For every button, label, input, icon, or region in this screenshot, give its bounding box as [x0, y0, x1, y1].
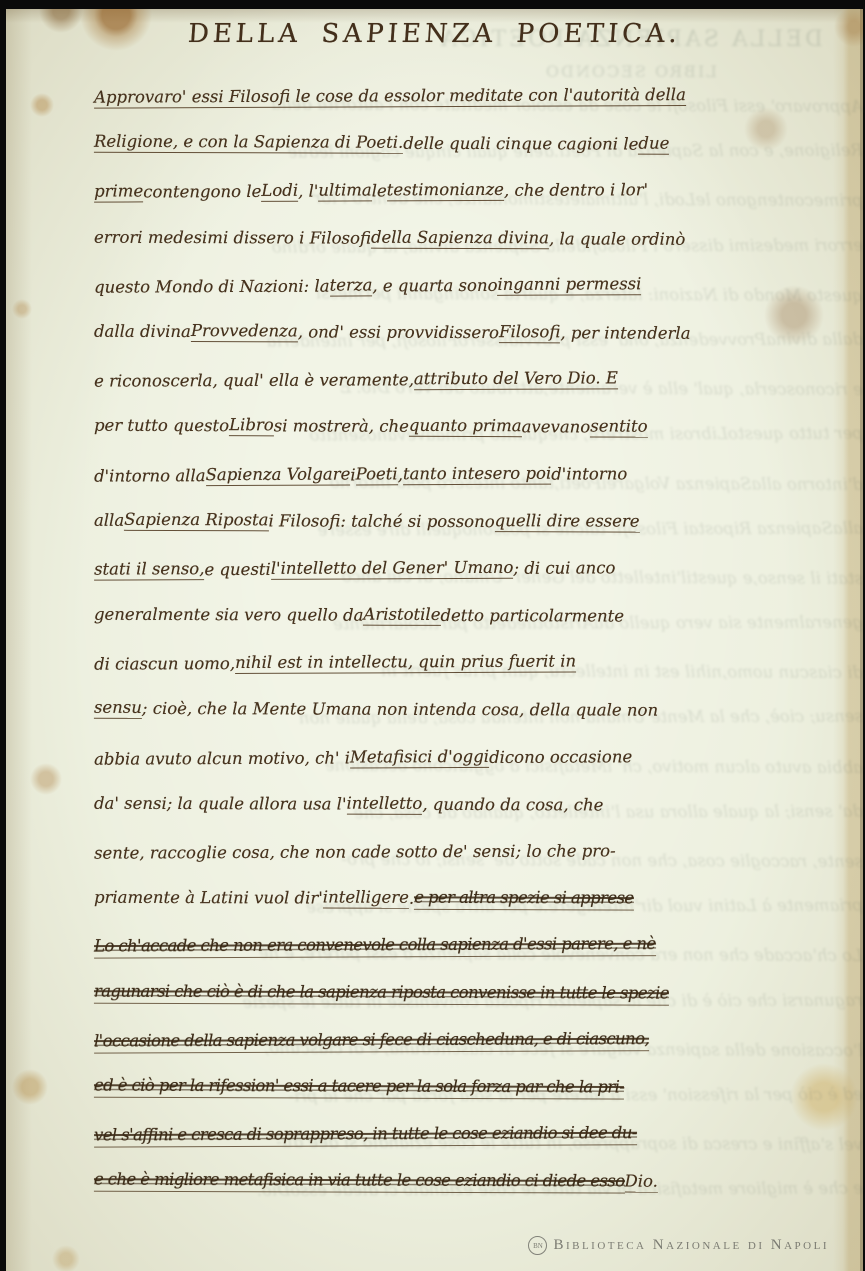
manuscript-segment: , per intenderla — [560, 323, 690, 344]
manuscript-segment: alla — [833, 518, 863, 539]
manuscript-line: Religione, e con la Sapienza di Poeti. d… — [94, 107, 835, 157]
manuscript-segment: quelli dire essere — [495, 511, 640, 533]
manuscript-segment: Poeti — [356, 464, 398, 485]
manuscript-line: alla Sapienza Riposta i Filosofi: talché… — [94, 484, 835, 534]
manuscript-segment: generalmente sia vero quello da — [94, 605, 364, 627]
manuscript-segment: ultima — [318, 181, 371, 202]
manuscript-segment: d'intorno — [551, 464, 627, 485]
manuscript-line: di ciascun uomo, nihil est in intellectu… — [94, 626, 835, 676]
manuscript-segment: nihil est in intellectu, quin prius fuer… — [235, 652, 576, 674]
manuscript-segment: Filosofi — [499, 322, 560, 343]
manuscript-segment: Libro — [229, 416, 274, 437]
library-stamp: BN Biblioteca Nazionale di Napoli — [528, 1236, 829, 1255]
manuscript-segment: due — [638, 134, 669, 155]
manuscript-line: questo Mondo di Nazioni: la terza, e qua… — [94, 248, 835, 298]
manuscript-segment: Metafisici d'oggi — [350, 747, 489, 769]
manuscript-line: per tutto questo Libro si mostrerà, che … — [94, 390, 835, 440]
manuscript-segment: priamente à Latini vuol dir' — [94, 888, 323, 910]
manuscript-segment: i Filosofi: talché si possono — [268, 511, 494, 533]
manuscript-segment: della Sapienza divina — [371, 227, 549, 249]
manuscript-segment: l'occasione della sapienza volgare si fe… — [94, 1029, 649, 1053]
manuscript-segment: , l' — [298, 182, 318, 203]
manuscript-segment: tanto intesero poi — [403, 463, 551, 485]
manuscript-segment: Provvedenza — [191, 321, 298, 342]
manuscript-line: da' sensi; la quale allora usa l' intell… — [94, 768, 835, 818]
manuscript-segment: , la quale ordinò — [549, 229, 685, 250]
manuscript-segment: per tutto questo — [94, 416, 229, 437]
manuscript-segment: Sapienza Volgare — [206, 464, 351, 486]
manuscript-segment: , ond' essi provvidissero — [298, 323, 499, 345]
manuscript-segment: avevano — [522, 418, 591, 439]
manuscript-scan: { "page": { "title": "DELLA SAPIENZA POE… — [0, 0, 865, 1271]
manuscript-segment: Aristotile — [363, 605, 440, 626]
manuscript-line: abbia avuto alcun motivo, ch' i Metafisi… — [94, 720, 835, 770]
manuscript-segment: ; cioè, che la Mente Umana non intenda c… — [142, 699, 658, 722]
manuscript-segment: attributo del Vero Dio. E — [414, 369, 618, 391]
manuscript-segment: , e quarta sono — [372, 276, 497, 298]
manuscript-segment: , quando da cosa, che — [422, 795, 603, 817]
manuscript-line: Lo ch'accade che non era convenevole col… — [94, 909, 835, 959]
manuscript-segment: delle quali cinque cagioni le — [403, 134, 638, 156]
manuscript-segment: contengono le — [143, 182, 261, 204]
manuscript-segment: Sapienza Riposta — [124, 510, 268, 532]
manuscript-line: generalmente sia vero quello da Aristoti… — [94, 579, 835, 629]
manuscript-segment: , che dentro i lor' — [504, 181, 648, 203]
page-title: DELLA SAPIENZA POETICA. — [5, 19, 864, 49]
manuscript-line: vel s'affini e cresca di soprappreso, in… — [94, 1098, 835, 1148]
manuscript-segment: dalla divina — [94, 322, 191, 343]
manuscript-segment: sensu — [94, 698, 142, 719]
library-monogram-icon: BN — [528, 1236, 547, 1255]
manuscript-segment: sentito — [590, 417, 647, 438]
manuscript-segment: l'intelletto del Gener' Umano — [271, 558, 514, 580]
manuscript-segment: si mostrerà, che — [274, 417, 409, 438]
manuscript-line: ragunarsi che ciò è di che la sapienza r… — [94, 956, 835, 1006]
manuscript-segment: terza — [330, 275, 373, 296]
manuscript-line: d'intorno alla Sapienza Volgare i Poeti,… — [94, 437, 835, 487]
manuscript-page: DELLA SAPIENZA POETICA LIBRO SECONDO App… — [6, 9, 863, 1271]
manuscript-segment: errori medesimi dissero i Filosofi — [94, 227, 371, 249]
manuscript-line: sensu; cioè, che la Mente Umana non inte… — [94, 673, 835, 723]
manuscript-segment: ed è ciò per la rifession' essi a tacere… — [94, 1076, 624, 1100]
manuscript-segment: alla — [94, 511, 124, 532]
manuscript-segment: inganni permessi — [497, 274, 641, 296]
manuscript-line: priamente à Latini vuol dir' intelligere… — [94, 862, 835, 912]
manuscript-segment: Lo ch'accade che non era convenevole col… — [94, 935, 656, 959]
manuscript-line: ed è ciò per la rifession' essi a tacere… — [94, 1051, 835, 1101]
manuscript-segment: testimonianze — [387, 180, 504, 202]
manuscript-segment: Lodi — [261, 181, 298, 202]
manuscript-segment: e questi — [204, 560, 270, 581]
manuscript-segment: ; di cui anco — [513, 558, 615, 579]
manuscript-segment: stati il senso, — [94, 559, 204, 580]
manuscript-line: l'occasione della sapienza volgare si fe… — [94, 1003, 835, 1053]
manuscript-segment: le — [372, 182, 387, 203]
manuscript-segment: ragunarsi che ciò è di che la sapienza r… — [94, 981, 669, 1005]
manuscript-segment: e che è migliore metafisica in via tutte… — [94, 1170, 625, 1194]
manuscript-line: dalla divina Provvedenza, ond' essi prov… — [94, 296, 835, 346]
manuscript-line: errori medesimi dissero i Filosofi della… — [94, 201, 835, 251]
manuscript-line: prime contengono le Lodi, l'ultima le te… — [94, 154, 835, 204]
manuscript-segment: intelletto — [346, 794, 422, 815]
manuscript-line: sente, raccoglie cosa, che non cade sott… — [94, 814, 835, 864]
manuscript-line: stati il senso, e questi l'intelletto de… — [94, 531, 835, 581]
manuscript-segment: dicono occasione — [489, 747, 632, 769]
library-stamp-label: Biblioteca Nazionale di Napoli — [553, 1237, 829, 1254]
manuscript-segment: intelligere — [323, 888, 409, 909]
manuscript-segment: detto particolarmente — [440, 606, 624, 628]
manuscript-segment: quanto prima — [409, 416, 522, 437]
manuscript-segment: Dio. — [625, 1172, 658, 1193]
manuscript-segment: Religione, e con la Sapienza di Poeti. — [94, 132, 403, 154]
manuscript-segment: da' sensi; la quale allora usa l' — [94, 794, 347, 816]
manuscript-line: Approvaro' essi Filosofi le cose da esso… — [94, 59, 835, 109]
manuscript-line: e che è migliore metafisica in via tutte… — [94, 1145, 835, 1195]
manuscript-text: Approvaro' essi Filosofi le cose da esso… — [94, 61, 835, 1194]
manuscript-segment: Approvaro' essi Filosofi le cose da esso… — [94, 85, 686, 109]
manuscript-segment: prime — [94, 182, 143, 203]
manuscript-segment: e per altra spezie si apprese — [414, 888, 633, 911]
manuscript-line: e riconoscerla, qual' ella è veramente, … — [94, 343, 835, 393]
